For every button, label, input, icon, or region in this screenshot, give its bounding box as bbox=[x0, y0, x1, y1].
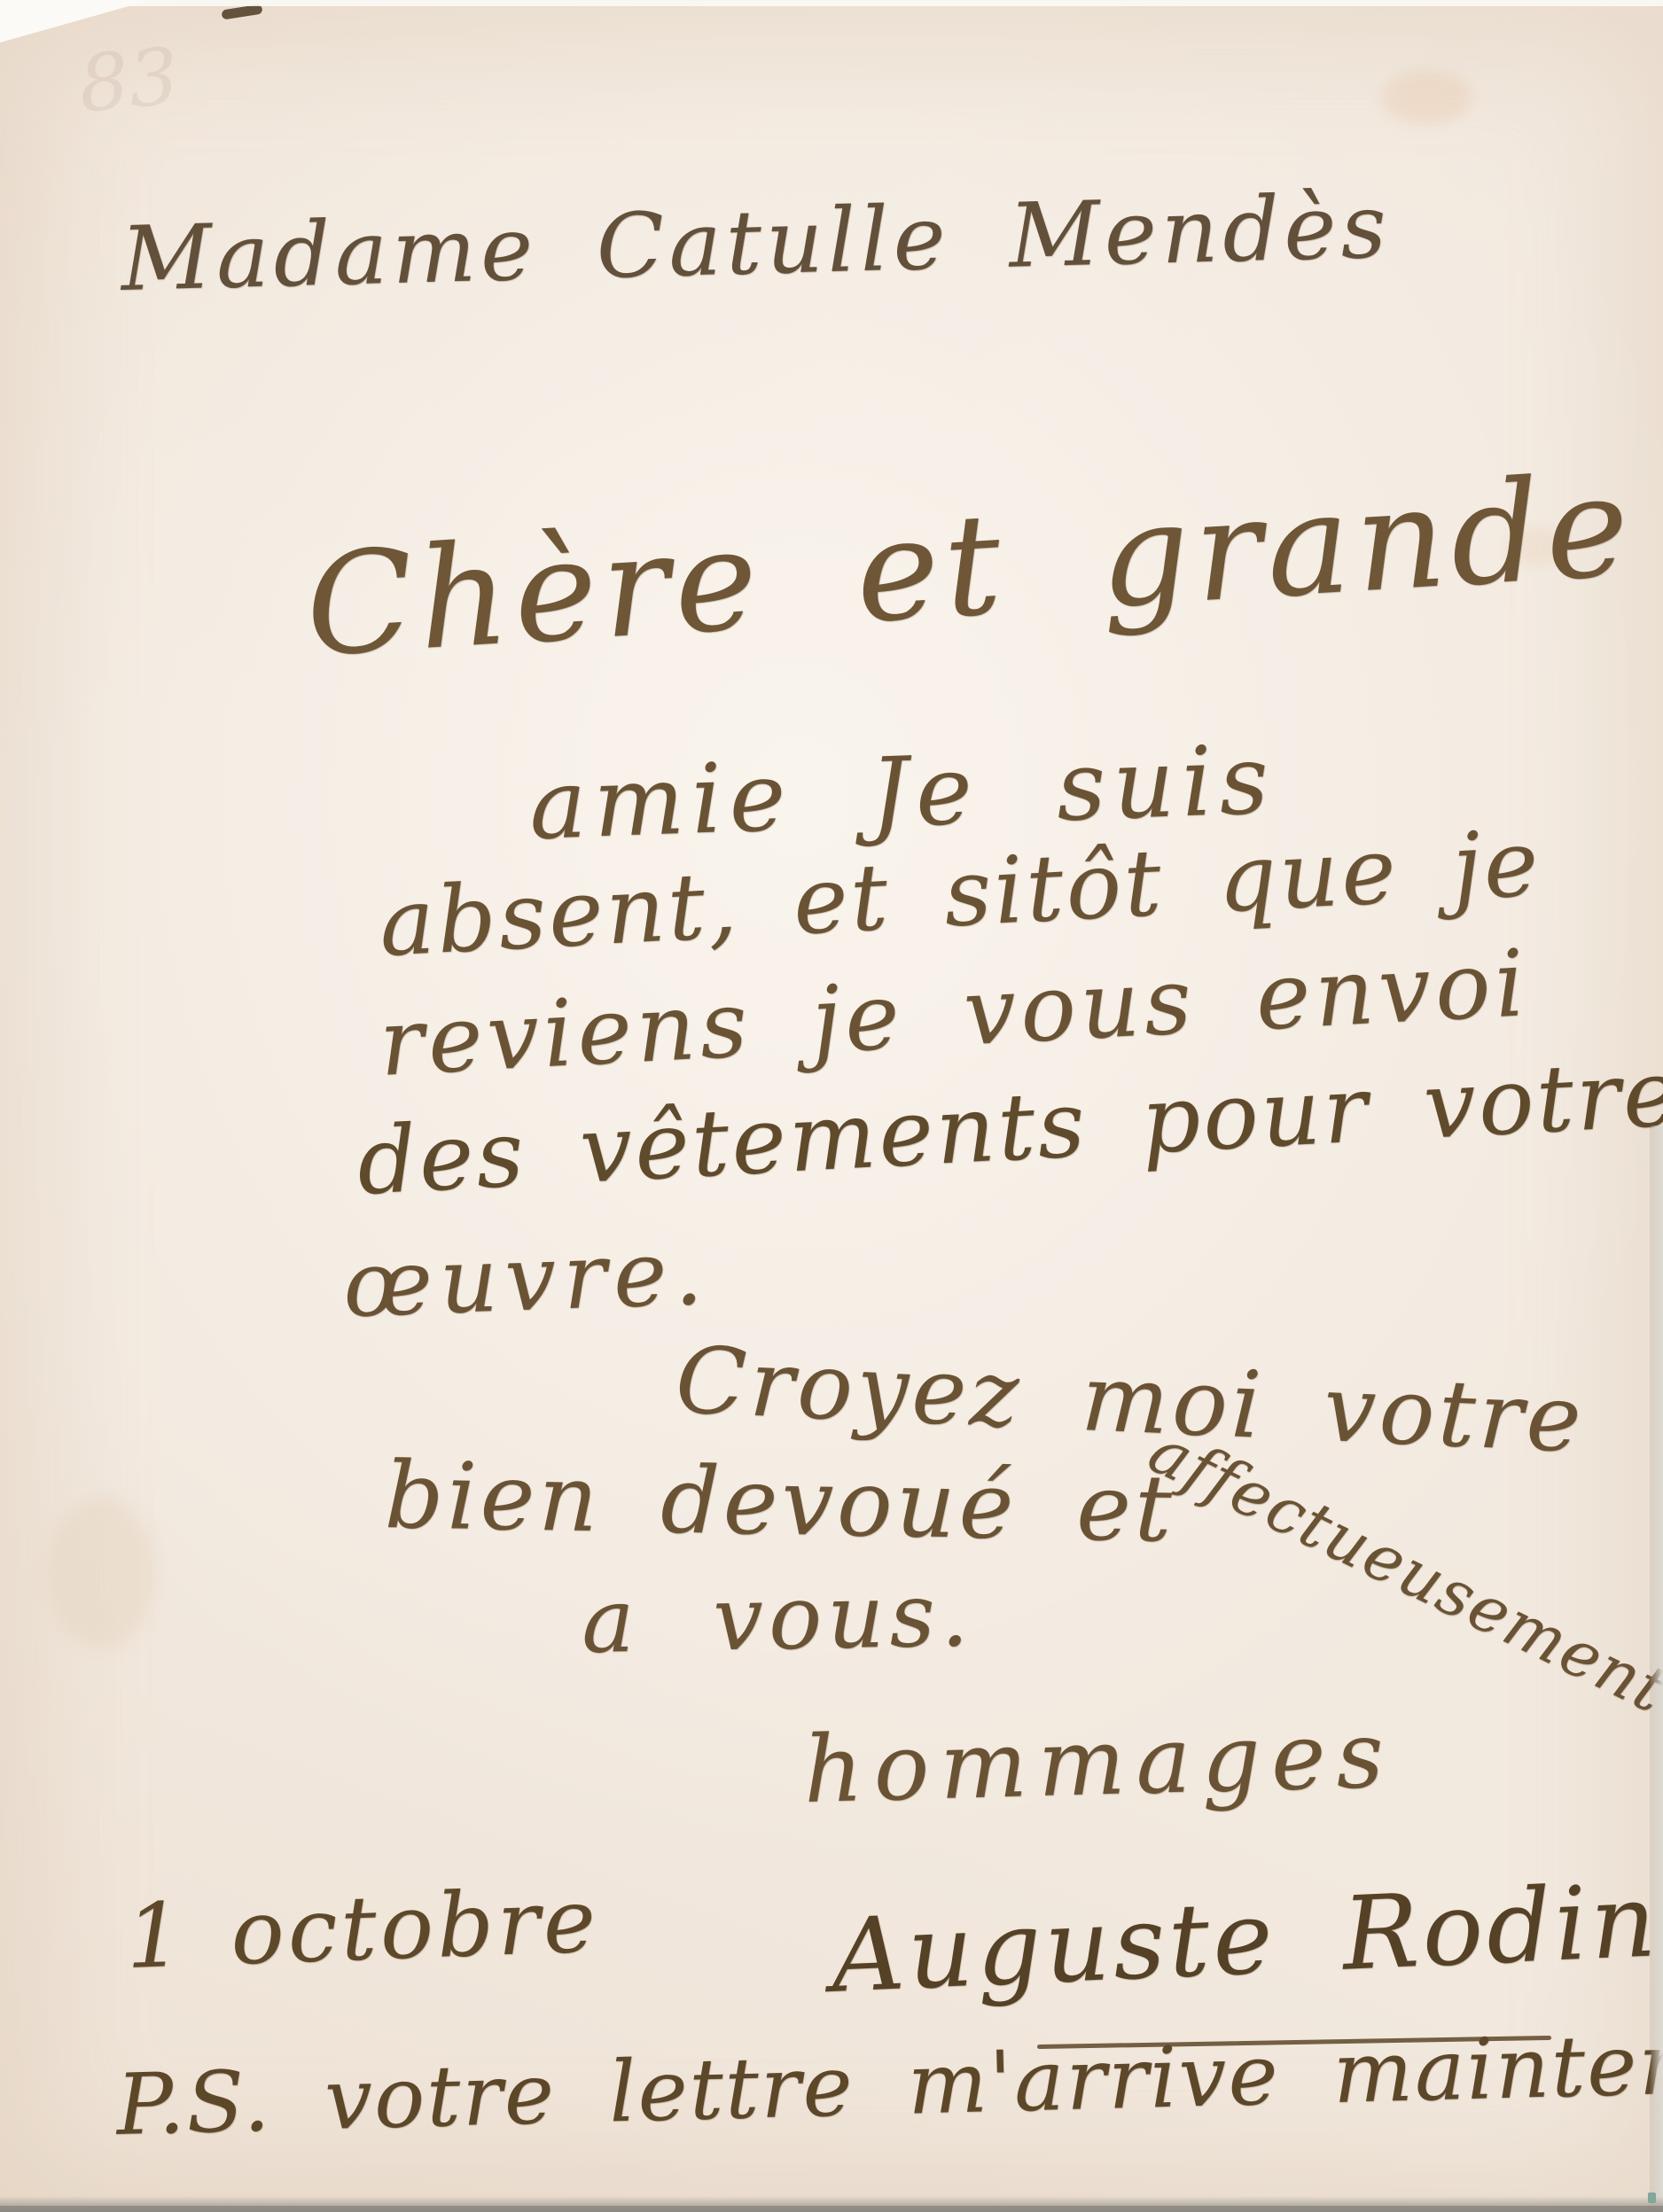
salutation-line: Chère et grande bbox=[301, 446, 1638, 688]
ink-speck bbox=[221, 4, 262, 19]
signature: Auguste Rodin bbox=[829, 1862, 1661, 2014]
date-line: 1 octobre bbox=[124, 1869, 601, 1988]
scan-color-speck bbox=[1648, 2193, 1656, 2203]
body-line: a vous. bbox=[581, 1563, 975, 1672]
foxing-stain bbox=[1383, 71, 1472, 124]
pencil-inventory-mark: 83 bbox=[75, 31, 182, 129]
recipient-line: Madame Catulle Mendès bbox=[120, 175, 1392, 309]
body-line: œuvre. bbox=[341, 1221, 712, 1338]
foxing-stain bbox=[49, 1498, 155, 1648]
closing-line: hommages bbox=[802, 1702, 1395, 1824]
postscript-line: P.S. votre lettre m'arrive maintenant bbox=[115, 2013, 1663, 2154]
scan-edge-top bbox=[0, 0, 1663, 6]
body-line: bien devoué et bbox=[384, 1443, 1176, 1562]
scan-edge-right bbox=[1650, 1125, 1663, 2212]
scan-edge-bottom-line bbox=[0, 2206, 1663, 2212]
letter-photograph: 83 Madame Catulle Mendès Chère et grande… bbox=[0, 0, 1663, 2212]
